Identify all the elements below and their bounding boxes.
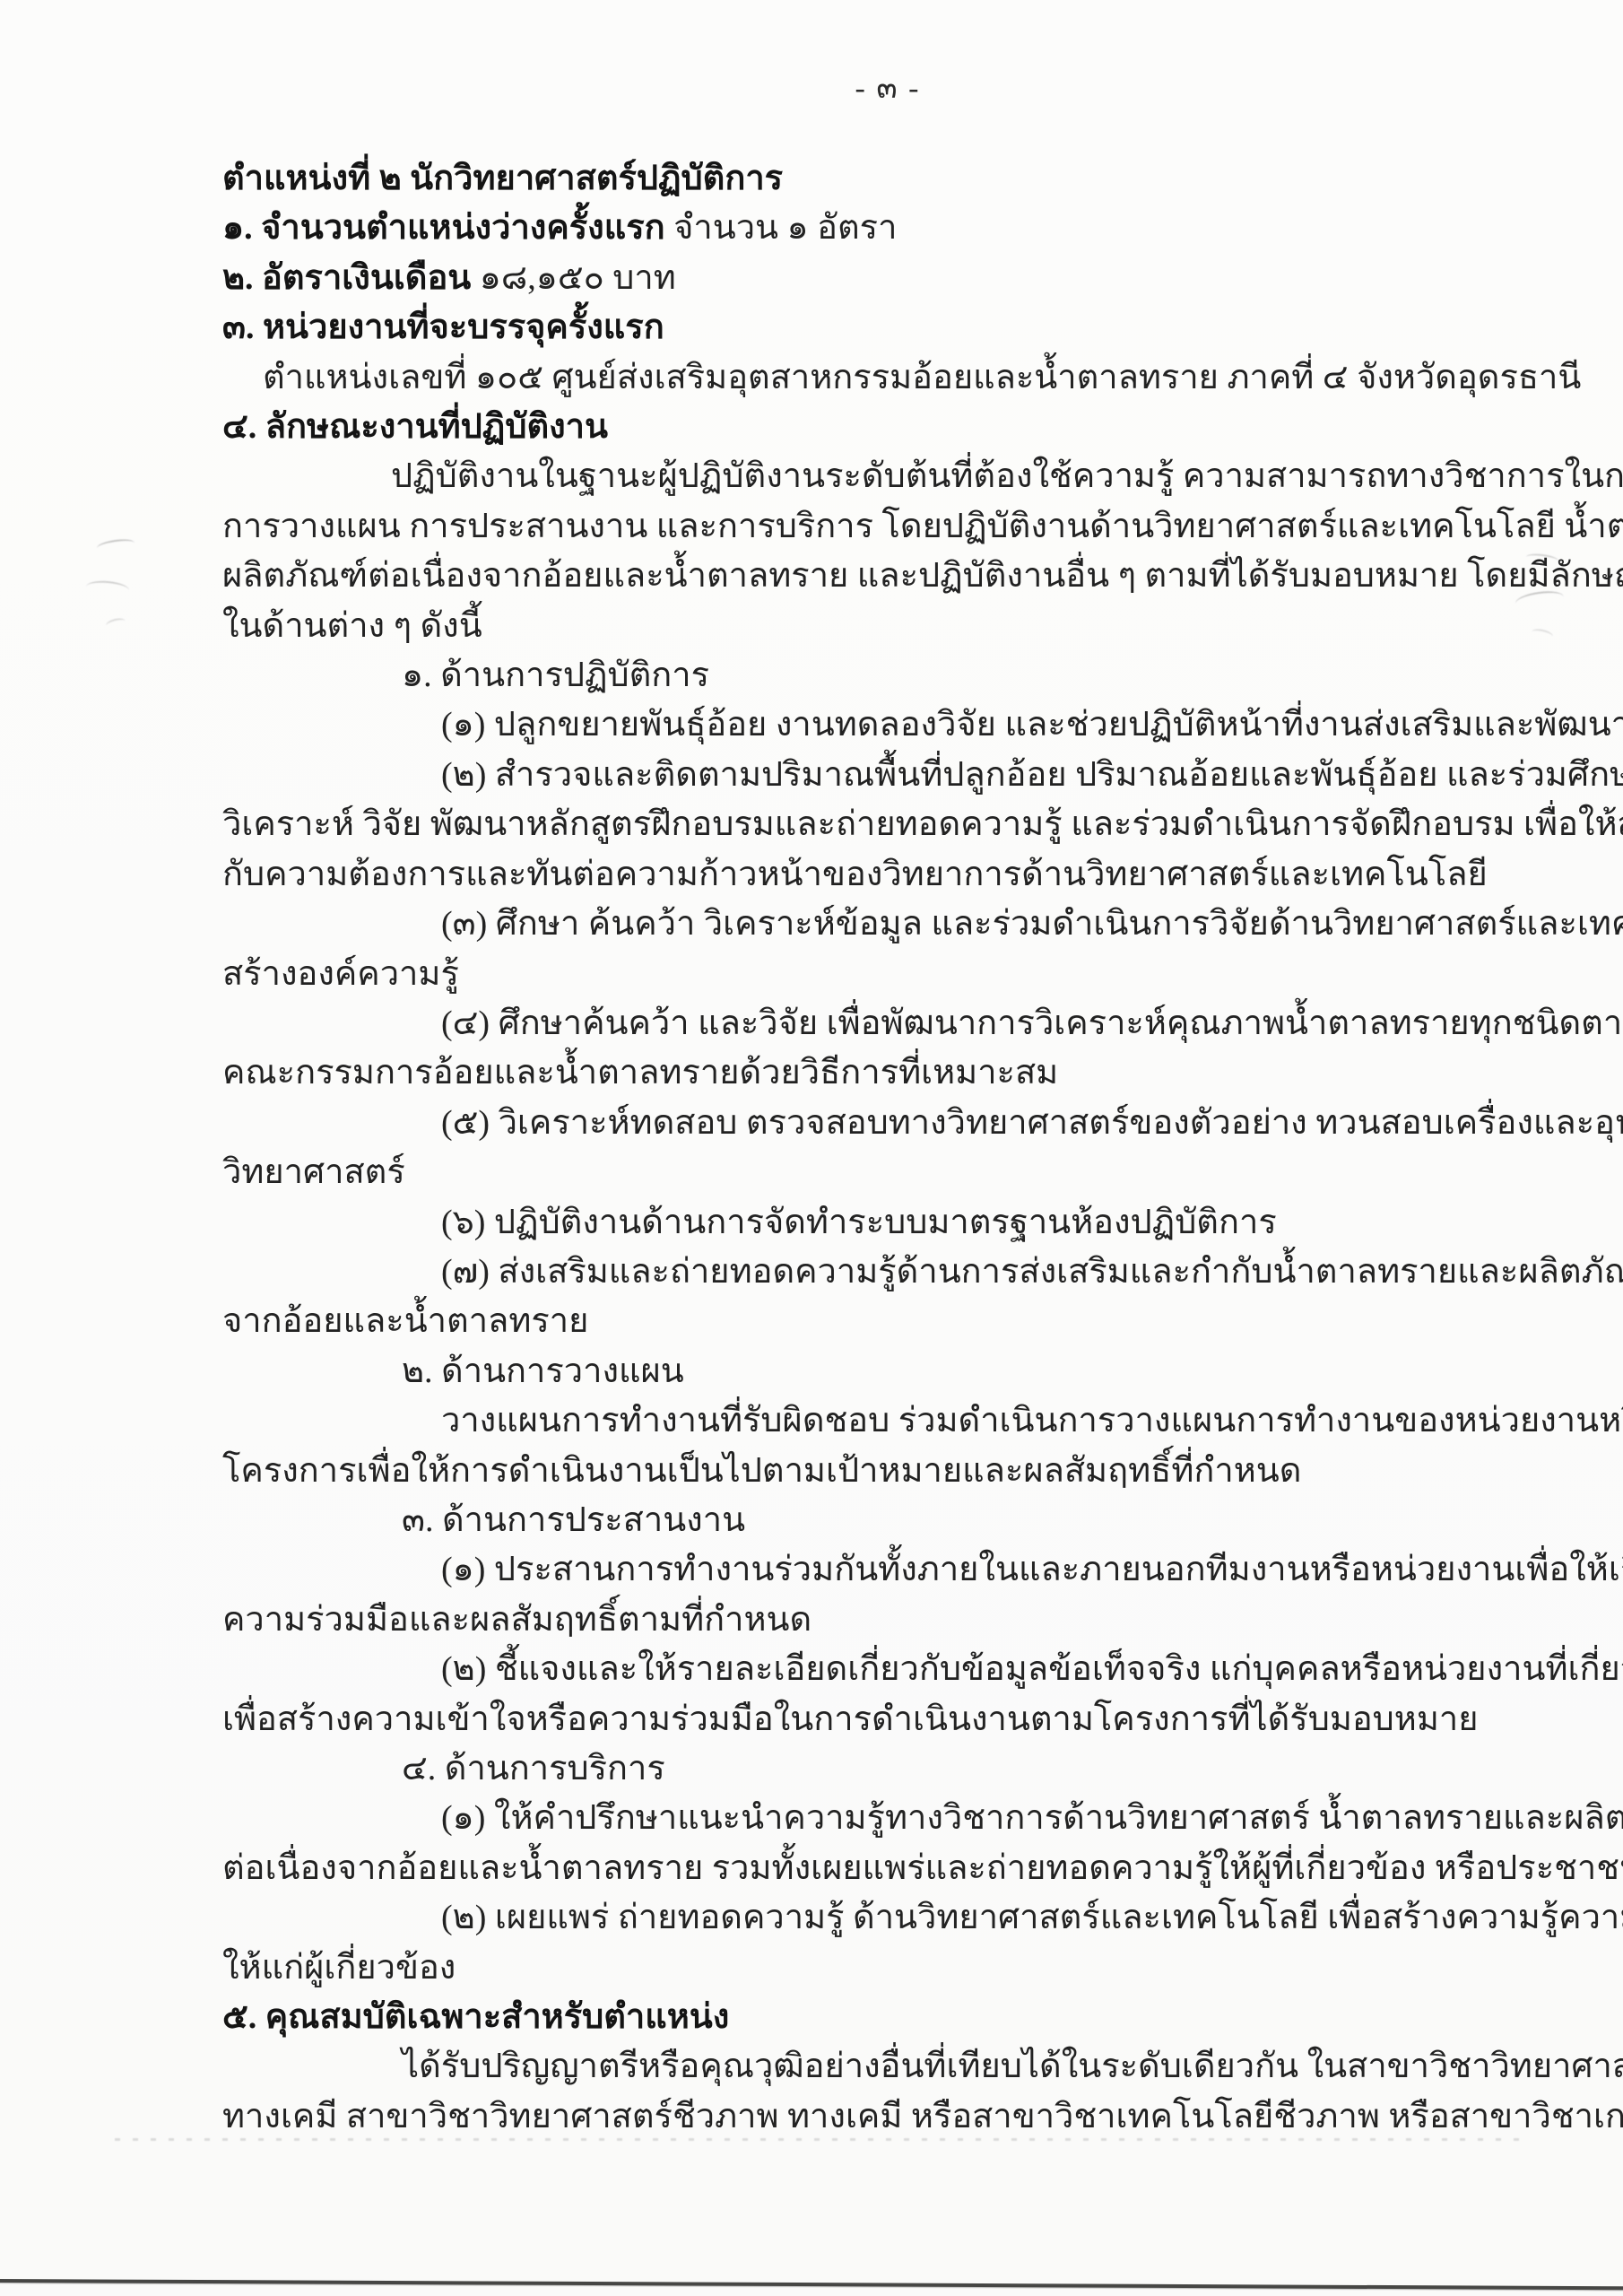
text-line: (๗) ส่งเสริมและถ่ายทอดความรู้ด้านการส่งเ… bbox=[441, 1248, 1505, 1297]
text-line: (๑) ปลูกขยายพันธุ์อ้อย งานทดลองวิจัย และ… bbox=[441, 700, 1505, 750]
section-operations-heading: ๑. ด้านการปฏิบัติการ bbox=[402, 651, 1505, 700]
page: - ๓ - ตำแหน่งที่ ๒ นักวิทยาศาสตร์ปฏิบัติ… bbox=[0, 0, 1623, 2296]
text-line: ได้รับปริญญาตรีหรือคุณวุฒิอย่างอื่นที่เท… bbox=[402, 2042, 1505, 2092]
document-body: ตำแหน่งที่ ๒ นักวิทยาศาสตร์ปฏิบัติการ๑. … bbox=[222, 154, 1505, 2142]
scan-artifact-streak bbox=[115, 2138, 1523, 2141]
text-line: ทางเคมี สาขาวิชาวิทยาศาสตร์ชีวภาพ ทางเคม… bbox=[222, 2092, 1505, 2142]
pencil-smudge-left bbox=[105, 616, 126, 630]
text-line: วิทยาศาสตร์ bbox=[222, 1148, 1505, 1197]
position-title: ตำแหน่งที่ ๒ นักวิทยาศาสตร์ปฏิบัติการ bbox=[222, 154, 1505, 204]
section-planning-heading: ๒. ด้านการวางแผน bbox=[402, 1347, 1505, 1396]
text-line: วางแผนการทำงานที่รับผิดชอบ ร่วมดำเนินการ… bbox=[441, 1396, 1505, 1446]
text-line: สร้างองค์ความรู้ bbox=[222, 950, 1505, 999]
first-assignment-heading: ๓. หน่วยงานที่จะบรรจุครั้งแรก bbox=[222, 303, 1505, 352]
first-assignment-detail: ตำแหน่งเลขที่ ๑๐๕ ศูนย์ส่งเสริมอุตสาหกรร… bbox=[263, 353, 1505, 403]
text-line: (๖) ปฏิบัติงานด้านการจัดทำระบบมาตรฐานห้อ… bbox=[441, 1198, 1505, 1248]
text-line: ต่อเนื่องจากอ้อยและน้ำตาลทราย รวมทั้งเผย… bbox=[222, 1844, 1505, 1893]
text-line: กับความต้องการและทันต่อความก้าวหน้าของวิ… bbox=[222, 850, 1505, 900]
vacancy-count-line: ๑. จำนวนตำแหน่งว่างครั้งแรก จำนวน ๑ อัตร… bbox=[222, 204, 1505, 253]
text-line: ให้แก่ผู้เกี่ยวข้อง bbox=[222, 1944, 1505, 1993]
text-line: ในด้านต่าง ๆ ดังนี้ bbox=[222, 602, 1505, 651]
text-line: คณะกรรมการอ้อยและน้ำตาลทรายด้วยวิธีการที… bbox=[222, 1048, 1505, 1098]
text-line: จากอ้อยและน้ำตาลทราย bbox=[222, 1297, 1505, 1346]
text-line: ผลิตภัณฑ์ต่อเนื่องจากอ้อยและน้ำตาลทราย แ… bbox=[222, 552, 1505, 601]
text-line: (๔) ศึกษาค้นคว้า และวิจัย เพื่อพัฒนาการว… bbox=[441, 999, 1505, 1048]
text-line: (๕) วิเคราะห์ทดสอบ ตรวจสอบทางวิทยาศาสตร์… bbox=[441, 1099, 1505, 1148]
qualification-heading: ๕. คุณสมบัติเฉพาะสำหรับตำแหน่ง bbox=[222, 1993, 1505, 2042]
section-service-heading: ๔. ด้านการบริการ bbox=[402, 1744, 1505, 1794]
pencil-smudge-left bbox=[96, 537, 135, 553]
text-line: วิเคราะห์ วิจัย พัฒนาหลักสูตรฝึกอบรมและถ… bbox=[222, 800, 1505, 849]
text-line: การวางแผน การประสานงาน และการบริการ โดยป… bbox=[222, 502, 1505, 552]
job-description-heading: ๔. ลักษณะงานที่ปฏิบัติงาน bbox=[222, 403, 1505, 452]
text-line: (๓) ศึกษา ค้นคว้า วิเคราะห์ข้อมูล และร่ว… bbox=[441, 900, 1505, 949]
text-line: (๒) เผยแพร่ ถ่ายทอดความรู้ ด้านวิทยาศาสต… bbox=[441, 1893, 1505, 1943]
scan-edge-line bbox=[0, 2279, 1623, 2290]
salary-line: ๒. อัตราเงินเดือน ๑๘,๑๕๐ บาท bbox=[222, 254, 1505, 303]
text-line: เพื่อสร้างความเข้าใจหรือความร่วมมือในการ… bbox=[222, 1695, 1505, 1744]
section-coordination-heading: ๓. ด้านการประสานงาน bbox=[402, 1496, 1505, 1545]
text-line: (๑) ให้คำปรึกษาแนะนำความรู้ทางวิชาการด้า… bbox=[441, 1794, 1505, 1843]
text-line: (๒) ชี้แจงและให้รายละเอียดเกี่ยวกับข้อมู… bbox=[441, 1645, 1505, 1694]
text-line: (๑) ประสานการทำงานร่วมกันทั้งภายในและภาย… bbox=[441, 1545, 1505, 1595]
text-line: ปฏิบัติงานในฐานะผู้ปฏิบัติงานระดับต้นที่… bbox=[391, 452, 1505, 501]
page-number: - ๓ - bbox=[0, 63, 1623, 111]
text-line: (๒) สำรวจและติดตามปริมาณพื้นที่ปลูกอ้อย … bbox=[441, 751, 1505, 800]
text-line: โครงการเพื่อให้การดำเนินงานเป็นไปตามเป้า… bbox=[222, 1447, 1505, 1496]
text-line: ความร่วมมือและผลสัมฤทธิ์ตามที่กำหนด bbox=[222, 1596, 1505, 1645]
pencil-smudge-left bbox=[85, 579, 129, 597]
pencil-smudge-right bbox=[1531, 627, 1554, 640]
